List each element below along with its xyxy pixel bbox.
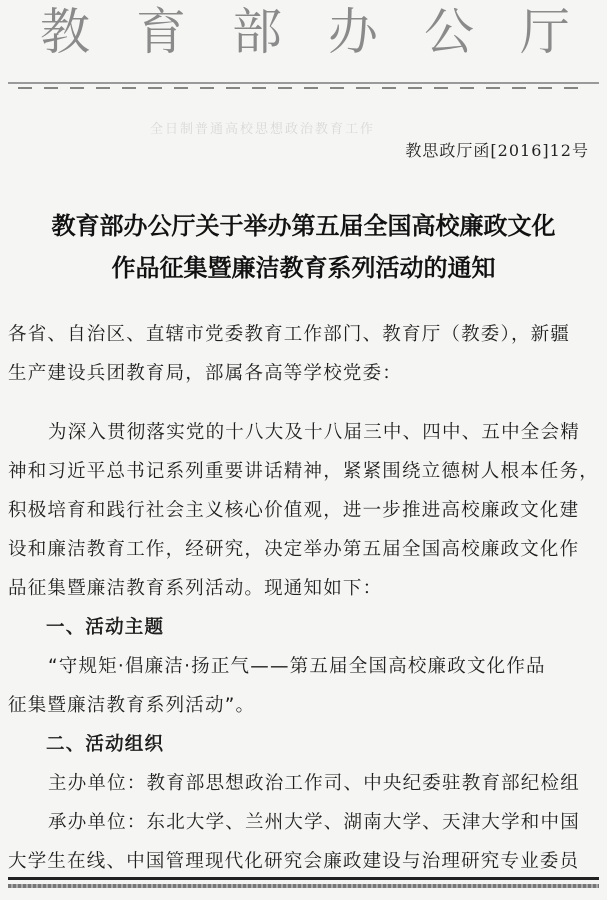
title-line: 作品征集暨廉洁教育系列活动的通知: [0, 247, 607, 289]
header-rule: [8, 82, 599, 84]
section-heading: 二、活动组织: [8, 725, 600, 764]
section-line: 承办单位：东北大学、兰州大学、湖南大学、天津大学和中国: [8, 803, 600, 842]
paragraph-line: 品征集暨廉洁教育系列活动。现通知如下：: [8, 569, 600, 608]
masthead-char: 教: [40, 2, 90, 62]
section-line: “守规矩·倡廉洁·扬正气——第五届全国高校廉政文化作品: [8, 647, 600, 686]
section-line: 大学生在线、中国管理现代化研究会廉政建设与治理研究专业委员: [8, 842, 600, 881]
masthead-char: 厅: [520, 2, 570, 62]
masthead-letterhead: 教 育 部 办 公 厅: [40, 2, 570, 62]
paragraph-line: 神和习近平总书记系列重要讲话精神，紧紧围绕立德树人根本任务，: [8, 452, 600, 491]
intro-paragraph: 为深入贯彻落实党的十八大及十八届三中、四中、五中全会精 神和习近平总书记系列重要…: [8, 413, 600, 881]
section-line: 主办单位：教育部思想政治工作司、中央纪委驻教育部纪检组: [8, 764, 600, 803]
paragraph-line: 积极培育和践行社会主义核心价值观，进一步推进高校廉政文化建: [8, 491, 600, 530]
addressee-line: 各省、自治区、直辖市党委教育工作部门、教育厅（教委），新疆: [8, 315, 600, 354]
title-line: 教育部办公厅关于举办第五届全国高校廉政文化: [0, 205, 607, 247]
section-heading: 一、活动主题: [8, 608, 600, 647]
section-line: 征集暨廉洁教育系列活动”。: [8, 686, 600, 725]
masthead-char: 公: [424, 2, 474, 62]
paragraph-line: 为深入贯彻落实党的十八大及十八届三中、四中、五中全会精: [8, 413, 600, 452]
addressees: 各省、自治区、直辖市党委教育工作部门、教育厅（教委），新疆 生产建设兵团教育局，…: [8, 315, 600, 393]
paragraph-line: 设和廉洁教育工作，经研究，决定举办第五届全国高校廉政文化作: [8, 530, 600, 569]
footer-rule: [8, 877, 599, 880]
footer-rule-texture: [8, 884, 599, 888]
header-rule-dashed: [18, 87, 589, 89]
masthead-char: 办: [328, 2, 378, 62]
masthead-char: 部: [232, 2, 282, 62]
addressee-line: 生产建设兵团教育局，部属各高等学校党委：: [8, 354, 600, 393]
bleed-through-text: 全日制普通高校思想政治教育工作: [150, 118, 375, 137]
masthead-char: 育: [136, 2, 186, 62]
document-page: 教 育 部 办 公 厅 全日制普通高校思想政治教育工作 教思政厅函[2016]1…: [0, 0, 607, 900]
document-number: 教思政厅函[2016]12号: [405, 138, 589, 161]
document-title: 教育部办公厅关于举办第五届全国高校廉政文化 作品征集暨廉洁教育系列活动的通知: [0, 205, 607, 289]
